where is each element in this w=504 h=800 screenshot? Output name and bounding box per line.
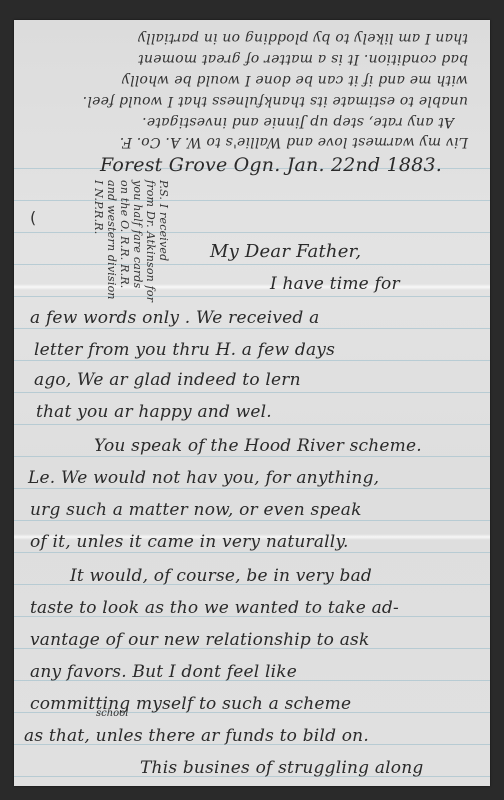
- body-line: This busines of struggling along: [140, 758, 423, 778]
- rule-line: [14, 392, 490, 393]
- body-line: letter from you thru H. a few days: [34, 340, 335, 360]
- body-line: committing myself to such a scheme: [30, 694, 351, 714]
- body-line: I have time for: [270, 274, 400, 294]
- upside-line: Liv my warmest love and Wallie's to W. A…: [120, 134, 468, 150]
- body-line: of it, unles it came in very naturally.: [30, 532, 349, 552]
- body-line: as that, unles there ar funds to bild on…: [24, 726, 369, 746]
- rule-line: [14, 552, 490, 553]
- body-line: It would, of course, be in very bad: [70, 566, 372, 586]
- body-line: Le. We would not hav you, for anything,: [28, 468, 379, 488]
- body-line: that you ar happy and wel.: [36, 402, 272, 422]
- upside-line: with me and if it can be done I would be…: [122, 72, 468, 88]
- rule-line: [14, 488, 490, 489]
- body-line: urg such a matter now, or even speak: [30, 500, 362, 520]
- body-line: a few words only . We received a: [30, 308, 319, 328]
- body-line: taste to look as tho we wanted to take a…: [30, 598, 399, 618]
- upside-line: unable to estimate its thankfulness that…: [83, 93, 469, 109]
- upside-line: than I am likely to by plodding on in pa…: [138, 30, 468, 46]
- upside-down-continuation: than I am likely to by plodding on in pa…: [14, 20, 490, 150]
- dateline: Forest Grove Ogn. Jan. 22nd 1883.: [100, 154, 442, 176]
- rule-line: [14, 424, 490, 425]
- rule-line: [14, 360, 490, 361]
- salutation: My Dear Father,: [210, 242, 361, 262]
- rule-line: [14, 520, 490, 521]
- body-line: vantage of our new relationship to ask: [30, 630, 369, 650]
- margin-mark: (: [30, 208, 36, 227]
- inserted-word: school: [96, 708, 128, 719]
- upside-line: bad condition. It is a matter of great m…: [138, 51, 468, 67]
- upside-line: At any rate, step up Jinnie and investig…: [142, 114, 454, 130]
- letter-page: than I am likely to by plodding on in pa…: [14, 20, 490, 786]
- body-line: any favors. But I dont feel like: [30, 662, 297, 682]
- body-line: ago, We ar glad indeed to lern: [34, 370, 301, 390]
- body-line: You speak of the Hood River scheme.: [94, 436, 422, 456]
- document-viewer: than I am likely to by plodding on in pa…: [0, 0, 504, 800]
- rule-line: [14, 456, 490, 457]
